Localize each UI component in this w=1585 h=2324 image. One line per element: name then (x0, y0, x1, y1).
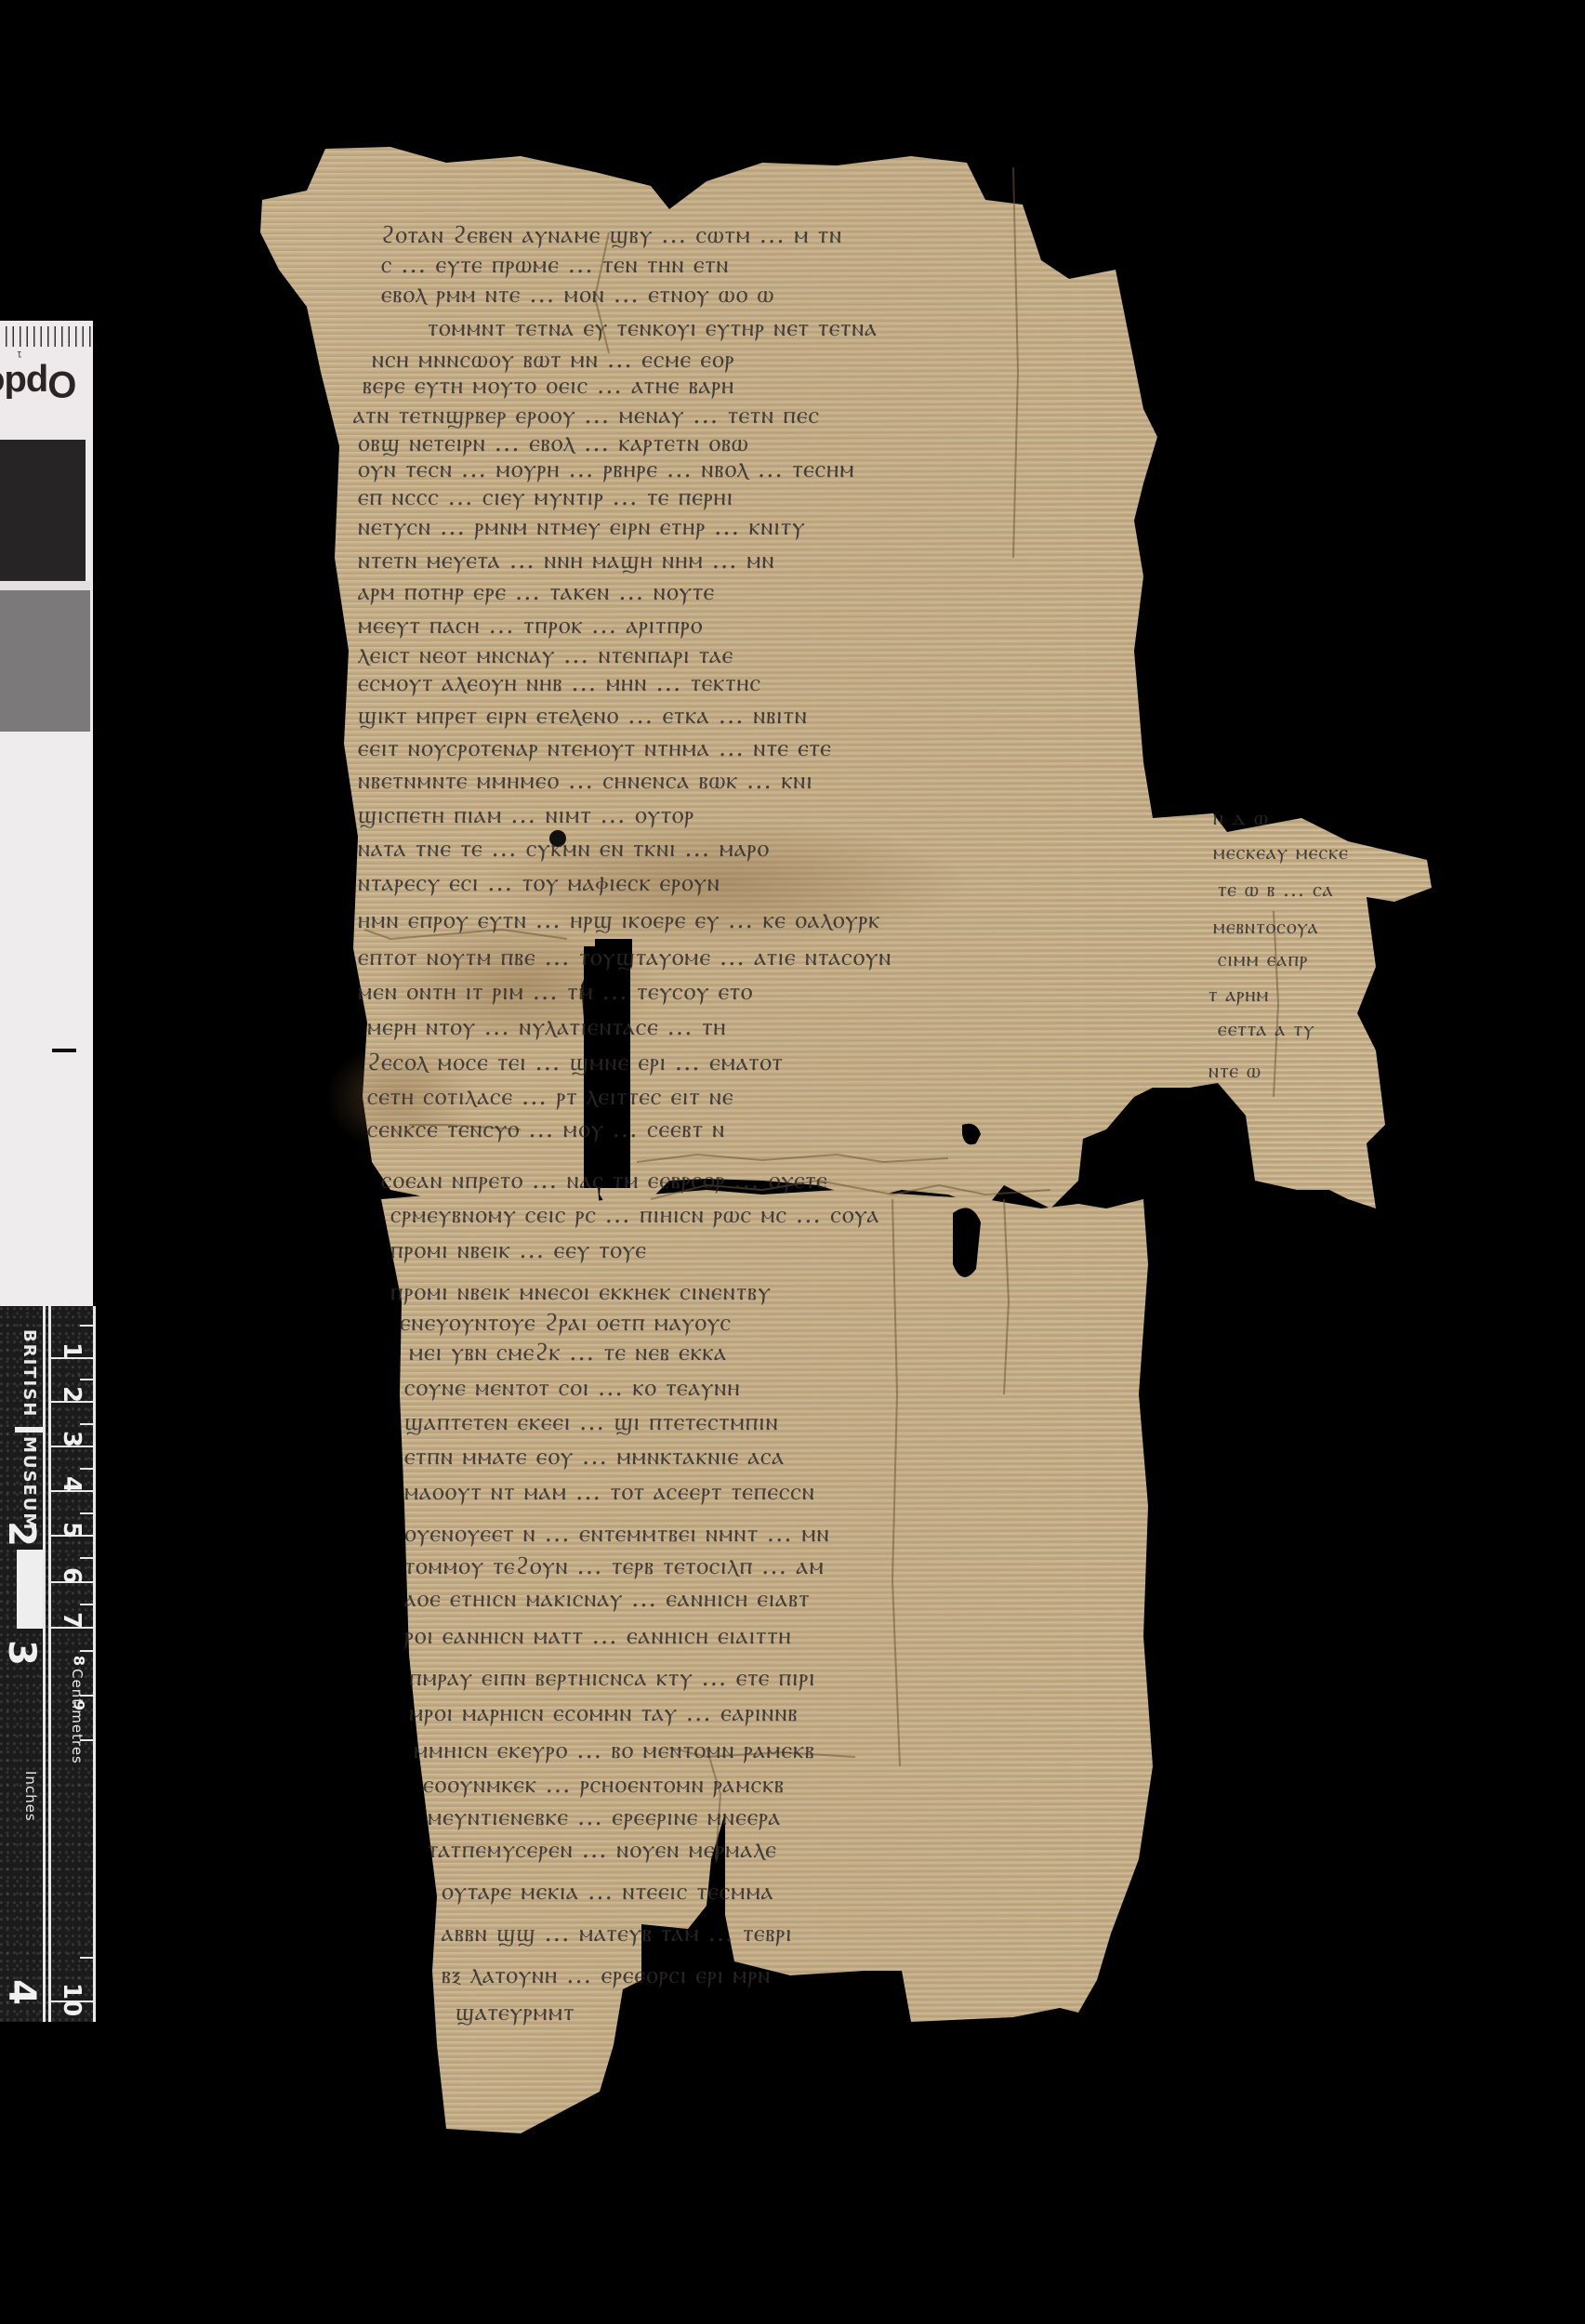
papyrus-fragment: ϩⲟⲧⲁⲛ ϩⲉⲃⲉⲛ ⲁⲩⲛⲁⲙⲉ ϣⲃⲩ ... ⲥⲱⲧⲙ ... ⲙ ⲧⲛ… (0, 0, 1585, 2324)
papyrus-shape (0, 0, 1585, 2324)
photo-background: 1 Opdo 1 2 3 4 5 6 7 (0, 0, 1585, 2324)
